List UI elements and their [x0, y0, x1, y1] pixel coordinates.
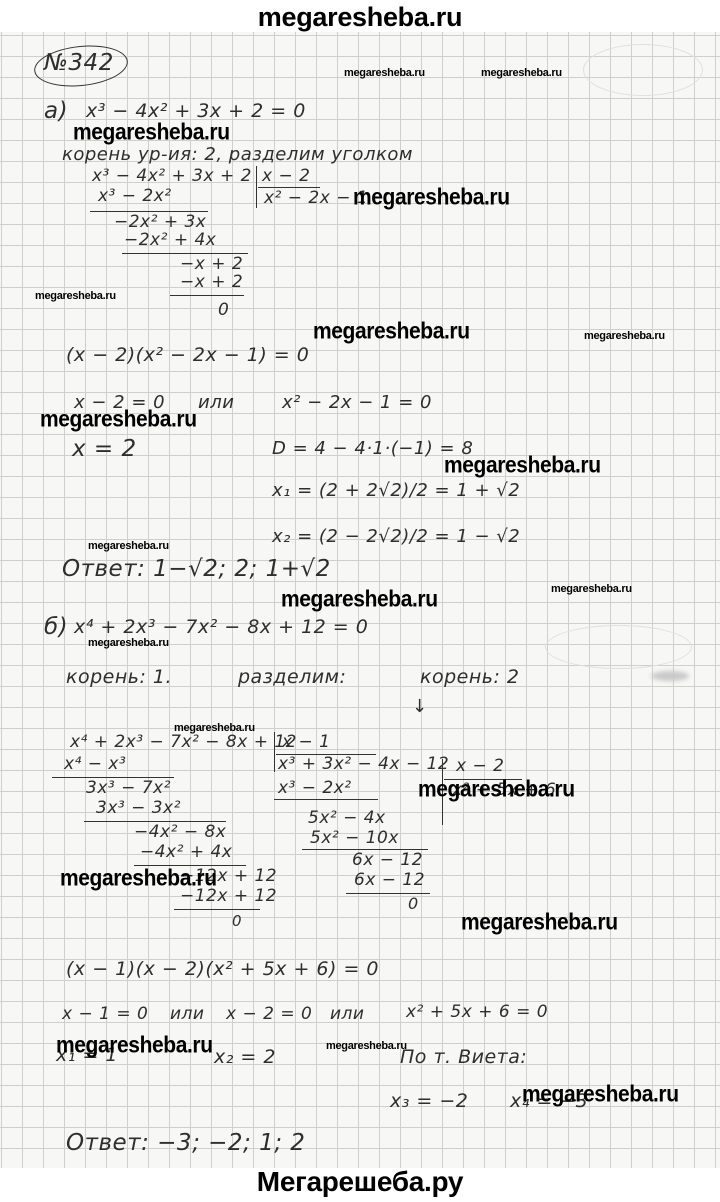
division-b1-divisor: x − 1 — [282, 732, 330, 752]
watermark: megaresheba.ru — [522, 1082, 679, 1108]
division-rule — [274, 799, 378, 800]
or-word: или — [330, 1004, 364, 1024]
division-b1-step: −4x² − 8x — [134, 822, 226, 842]
part-a-answer: Ответ: 1−√2; 2; 1+√2 — [62, 556, 331, 582]
part-a-x1: x₁ = (2 + 2√2)/2 = 1 + √2 — [272, 480, 520, 501]
part-b-answer: Ответ: −3; −2; 1; 2 — [66, 1130, 305, 1156]
division-b2-step: x³ − 2x² — [278, 778, 352, 798]
part-a-root-left: x = 2 — [72, 436, 137, 462]
division-b1-step: 3x³ − 3x² — [96, 798, 181, 818]
watermark: megaresheba.ru — [88, 637, 169, 649]
division-b2-step: 6x − 12 — [354, 870, 425, 890]
division-a-step: x³ − 2x² — [98, 186, 172, 206]
part-b-note-root1: корень: 1. — [66, 666, 172, 688]
part-b-split-3: x² + 5x + 6 = 0 — [406, 1002, 548, 1022]
part-a-equation: x³ − 4x² + 3x + 2 = 0 — [86, 100, 306, 122]
watermark: megaresheba.ru — [313, 319, 470, 345]
division-a-step: −2x² + 4x — [124, 230, 216, 250]
part-b-split-1: x − 1 = 0 — [62, 1004, 148, 1024]
part-a-x2: x₂ = (2 − 2√2)/2 = 1 − √2 — [272, 526, 520, 547]
division-b1-step: −4x² + 4x — [140, 842, 232, 862]
part-a-note: корень ур-ия: 2, разделим уголком — [62, 144, 413, 165]
site-footer-watermark: Мегарешеба.ру — [0, 1166, 720, 1198]
watermark: megaresheba.ru — [40, 407, 197, 433]
division-b1-step: 3x³ − 7x² — [86, 778, 171, 798]
part-b-split-2: x − 2 = 0 — [226, 1004, 312, 1024]
part-b-label: б) — [44, 614, 68, 640]
smudge — [651, 671, 689, 681]
watermark: megaresheba.ru — [461, 910, 618, 936]
part-b-note-root2: корень: 2 — [420, 666, 520, 688]
division-b1-quotient: x³ + 3x² − 4x − 12 — [278, 754, 449, 774]
division-bracket — [274, 732, 275, 772]
site-header-watermark: megaresheba.ru — [0, 2, 720, 33]
division-b2-step: 0 — [408, 894, 419, 913]
or-word: или — [170, 1004, 204, 1024]
watermark: megaresheba.ru — [551, 583, 632, 595]
part-b-note-divide: разделим: — [238, 666, 346, 688]
part-b-root-3: x₃ = −2 — [390, 1090, 468, 1112]
bleed-through-oval — [583, 44, 703, 96]
division-a-step: −x + 2 — [180, 254, 243, 274]
part-b-equation: x⁴ + 2x³ − 7x² − 8x + 12 = 0 — [74, 616, 368, 638]
division-b2-step: 5x² − 4x — [308, 808, 386, 828]
watermark: megaresheba.ru — [418, 777, 575, 803]
watermark: megaresheba.ru — [88, 540, 169, 552]
watermark: megaresheba.ru — [281, 587, 438, 613]
arrow-down-icon: ↓ — [412, 696, 428, 717]
watermark: megaresheba.ru — [60, 866, 217, 892]
division-rule — [174, 909, 260, 910]
watermark: megaresheba.ru — [326, 1040, 407, 1052]
division-a-dividend: x³ − 4x² + 3x + 2 — [92, 166, 252, 186]
division-bracket — [256, 166, 257, 208]
division-b2-step: 5x² − 10x — [310, 828, 399, 848]
part-a-label: а) — [44, 98, 68, 124]
watermark: megaresheba.ru — [344, 67, 425, 79]
watermark: megaresheba.ru — [481, 67, 562, 79]
part-b-root-2: x₂ = 2 — [214, 1046, 276, 1068]
division-b2-step: 6x − 12 — [352, 850, 423, 870]
watermark: megaresheba.ru — [73, 120, 230, 146]
problem-number: №342 — [44, 50, 114, 76]
division-b1-step: x⁴ − x³ — [64, 754, 126, 774]
part-b-factored: (x − 1)(x − 2)(x² + 5x + 6) = 0 — [66, 958, 379, 980]
watermark: megaresheba.ru — [353, 185, 510, 211]
division-a-step: −2x² + 3x — [114, 212, 206, 232]
watermark: megaresheba.ru — [444, 453, 601, 479]
division-a-step: −x + 2 — [180, 272, 243, 292]
division-a-step: 0 — [218, 300, 229, 320]
division-a-divisor: x − 2 — [262, 166, 310, 186]
watermark: megaresheba.ru — [174, 722, 255, 734]
watermark: megaresheba.ru — [35, 290, 116, 302]
division-b1-dividend: x⁴ + 2x³ − 7x² − 8x + 12 — [70, 732, 297, 752]
or-word: или — [198, 392, 234, 413]
division-rule — [170, 295, 244, 296]
bleed-through-oval — [545, 625, 692, 669]
part-a-split-right: x² − 2x − 1 = 0 — [282, 392, 432, 413]
part-a-factored: (x − 2)(x² − 2x − 1) = 0 — [66, 344, 309, 366]
division-b2-divisor: x − 2 — [456, 756, 504, 776]
division-b1-step: 0 — [232, 912, 242, 930]
vieta-note: По т. Виета: — [400, 1046, 527, 1068]
watermark: megaresheba.ru — [584, 330, 665, 342]
watermark: megaresheba.ru — [56, 1033, 213, 1059]
